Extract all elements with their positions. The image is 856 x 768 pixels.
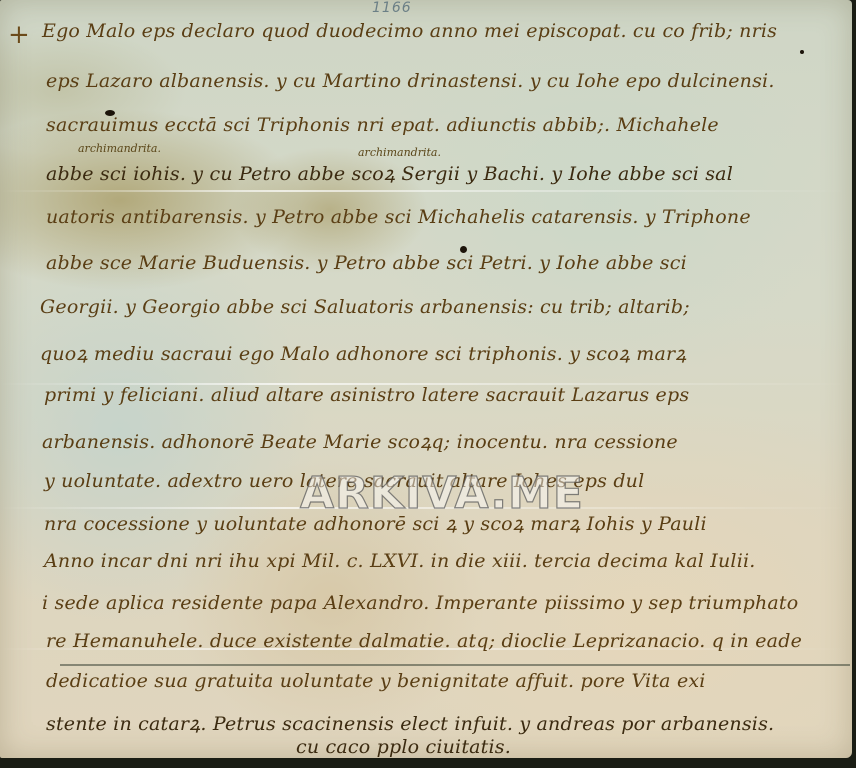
ink-blot xyxy=(800,50,804,54)
parchment-charter: 1166 + Ego Malo eps declaro quod duodeci… xyxy=(0,0,852,758)
fold-crease xyxy=(0,190,850,192)
charter-line: Ego Malo eps declaro quod duodecimo anno… xyxy=(42,20,777,42)
ink-blot xyxy=(105,110,115,116)
charter-line: i sede aplica residente papa Alexandro. … xyxy=(42,592,798,614)
charter-line: re Hemanuhele. duce existente dalmatie. … xyxy=(46,630,802,652)
watermark: ARKIVA.ME xyxy=(300,468,584,519)
charter-line: cu caco pplo ciuitatis. xyxy=(296,736,511,758)
catalog-number: 1166 xyxy=(372,0,412,16)
interlinear-gloss: archimandrita. xyxy=(78,142,161,155)
charter-line: abbe sci iohis. y cu Petro abbe scoꝝ Ser… xyxy=(46,160,733,186)
charter-line: Anno incar dni nri ihu xpi Mil. c. LXVI.… xyxy=(44,550,756,572)
charter-line: uatoris antibarensis. y Petro abbe sci M… xyxy=(46,206,751,228)
ink-blot xyxy=(460,246,467,253)
charter-line: arbanensis. adhonorē Beate Marie scoꝝq; … xyxy=(42,428,678,454)
charter-line: stente in catarꝝ. Petrus scacinensis ele… xyxy=(46,710,774,736)
cross-icon: + xyxy=(8,20,30,50)
charter-line: sacrauimus ecctā sci Triphonis nri epat.… xyxy=(46,114,719,136)
charter-line: dedicatioe sua gratuita uoluntate y beni… xyxy=(46,670,706,692)
charter-line: abbe sce Marie Buduensis. y Petro abbe s… xyxy=(46,252,687,274)
ruled-line xyxy=(60,664,850,666)
charter-line: quoꝝ mediu sacraui ego Malo adhonore sci… xyxy=(40,340,686,366)
charter-line: primi y feliciani. aliud altare asinistr… xyxy=(44,384,689,406)
interlinear-gloss: archimandrita. xyxy=(358,146,441,159)
charter-line: Georgii. y Georgio abbe sci Saluatoris a… xyxy=(40,296,690,318)
charter-line: eps Lazaro albanensis. y cu Martino drin… xyxy=(46,70,775,92)
